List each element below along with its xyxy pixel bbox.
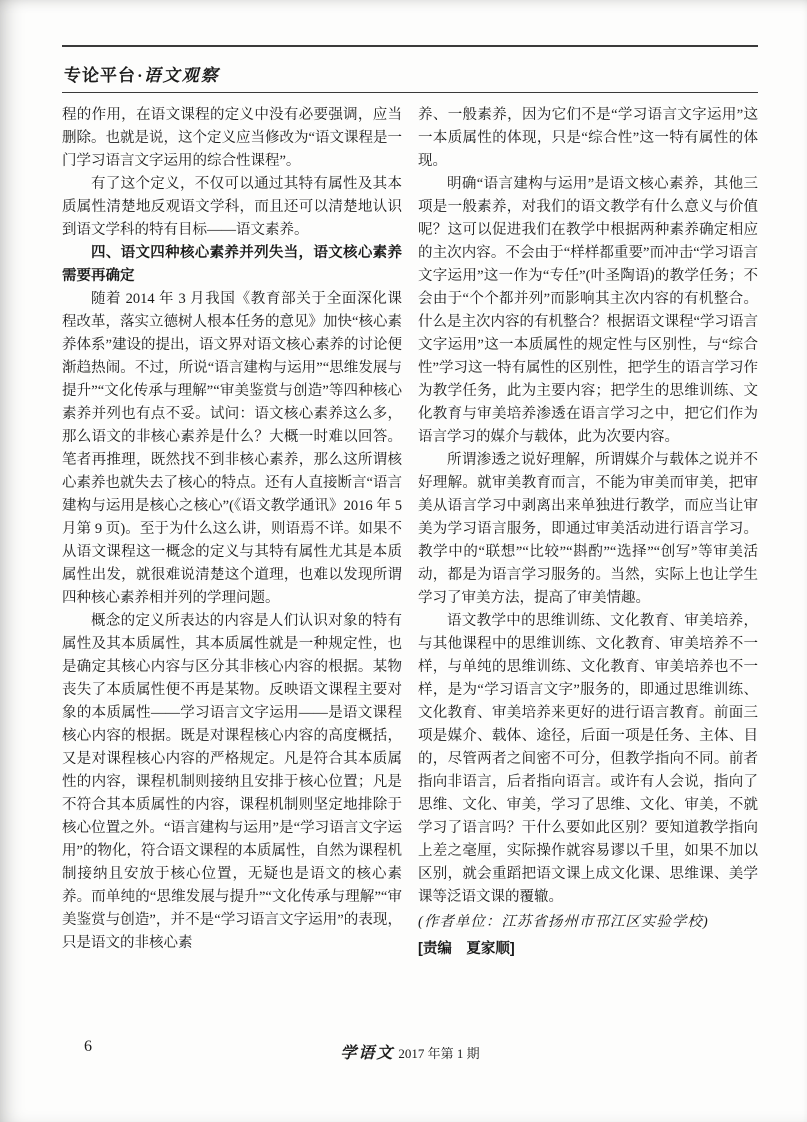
- footer-journal-line: 学语文2017 年第 1 期: [62, 1040, 758, 1063]
- journal-name: 学语文: [340, 1045, 398, 1062]
- page-header: 专论平台·语文观察: [62, 45, 758, 93]
- paragraph: 概念的定义所表达的内容是人们认识对象的特有属性及其本质属性，其本质属性就是一种规…: [62, 610, 402, 955]
- article-body: 程的作用，在语文课程的定义中没有必要强调，应当删除。也就是说，这个定义应当修改为…: [62, 104, 758, 1014]
- right-column: 养、一般素养，因为它们不是“学习语言文字运用”这一本质属性的体现，只是“综合性”…: [418, 104, 758, 1014]
- scanned-journal-page: 专论平台·语文观察 程的作用，在语文课程的定义中没有必要强调，应当删除。也就是说…: [0, 0, 807, 1122]
- header-section-label: 专论平台: [64, 66, 136, 85]
- paragraph: 语文教学中的思维训练、文化教育、审美培养，与其他课程中的思维训练、文化教育、审美…: [418, 610, 758, 909]
- paragraph: 随着 2014 年 3 月我国《教育部关于全面深化课程改革，落实立德树人根本任务…: [62, 288, 402, 610]
- paragraph-continuation: 养、一般素养，因为它们不是“学习语言文字运用”这一本质属性的体现，只是“综合性”…: [418, 104, 758, 173]
- journal-issue: 2017 年第 1 期: [398, 1046, 479, 1061]
- header-separator: ·: [136, 66, 144, 85]
- page-content: 专论平台·语文观察 程的作用，在语文课程的定义中没有必要强调，应当删除。也就是说…: [62, 45, 758, 1014]
- paragraph: 所谓渗透之说好理解，所谓媒介与载体之说并不好理解。就审美教育而言，不能为审美而审…: [418, 449, 758, 610]
- paragraph: 明确“语言建构与运用”是语文核心素养，其他三项是一般素养，对我们的语文教学有什么…: [418, 173, 758, 449]
- left-column: 程的作用，在语文课程的定义中没有必要强调，应当删除。也就是说，这个定义应当修改为…: [62, 104, 402, 1014]
- header-column-label: 语文观察: [144, 66, 220, 85]
- paragraph: 有了这个定义，不仅可以通过其特有属性及其本质属性清楚地反观语文学科，而且还可以清…: [62, 173, 402, 242]
- page-footer: 6 学语文2017 年第 1 期: [62, 1038, 758, 1066]
- paragraph-continuation: 程的作用，在语文课程的定义中没有必要强调，应当删除。也就是说，这个定义应当修改为…: [62, 104, 402, 173]
- editor-credit: [责编 夏家顺]: [418, 938, 758, 961]
- author-affiliation: (作者单位：江苏省扬州市邗江区实验学校): [418, 911, 758, 934]
- section-heading: 四、语文四种核心素养并列失当，语文核心素养需要再确定: [62, 242, 402, 288]
